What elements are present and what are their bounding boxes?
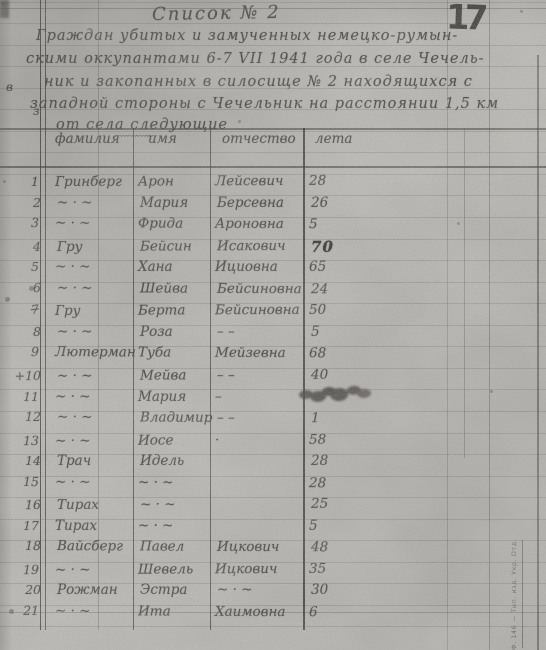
cell-surname: ~ · ~	[57, 368, 93, 384]
cell-name: Роза	[140, 324, 173, 340]
cell-surname: ~ · ~	[57, 280, 93, 296]
cell-age: 26	[311, 195, 328, 211]
ink-blot	[299, 389, 314, 399]
cell-surname: Гру	[55, 303, 80, 319]
table-row: 5 ~ · ~ Хана Ициовна 65	[0, 259, 545, 281]
cell-age: 58	[309, 431, 326, 447]
cell-age: 6	[309, 604, 318, 620]
cell-age: 5	[309, 518, 318, 534]
cell-surname: ~ · ~	[55, 389, 91, 405]
cell-patronymic: Ицкович	[215, 561, 277, 577]
cell-patronymic: – –	[217, 367, 235, 383]
cell-patronymic: ~ · ~	[217, 582, 253, 598]
row-number: 18	[9, 538, 41, 553]
cell-surname: Гру	[57, 238, 82, 254]
cell-name: Туба	[138, 345, 171, 361]
cell-patronymic: Лейсевич	[215, 173, 284, 189]
cell-age: 65	[309, 259, 326, 275]
row-number: 6	[9, 280, 41, 295]
row-number: 12	[9, 409, 41, 424]
cell-age: 48	[311, 540, 328, 556]
column-header-patronymic: отчество	[222, 131, 296, 147]
cell-surname: ~ · ~	[57, 324, 93, 340]
table-row: 9 Лютерман Туба Мейзевна 68	[0, 344, 545, 368]
cell-patronymic: Берсевна	[217, 195, 284, 211]
row-number: 19	[7, 562, 39, 577]
margin-correction-1: в	[6, 80, 13, 94]
cell-name: Мария	[138, 389, 186, 405]
edge-stamp-text: Ф. 146 — Тип. изд. Укр. Отд.	[510, 538, 518, 650]
cell-surname: ~ · ~	[57, 195, 93, 211]
table-row: 2 ~ · ~ Мария Берсевна 26	[1, 195, 546, 217]
cell-surname: Тирах	[57, 497, 99, 513]
cell-name: Шевель	[138, 561, 193, 577]
table-row: 1 Гринберг Арон Лейсевич 28	[0, 172, 545, 196]
cell-name: Хана	[138, 259, 173, 275]
row-number: +10	[9, 368, 41, 383]
table-row: 18 Вайсберг Павел Ицкович 48	[1, 538, 546, 562]
cell-name: Арон	[138, 173, 174, 189]
row-number: 21	[7, 603, 39, 618]
cell-patronymic: – –	[217, 410, 235, 426]
scan-speckles	[2, 2, 5, 5]
cell-name: Иосе	[138, 432, 174, 448]
row-number: 14	[9, 453, 41, 468]
row-number: 1	[7, 174, 39, 189]
preamble-line-4: западной стороны с Чечельник на расстоян…	[30, 96, 499, 112]
cell-age: 35	[309, 561, 326, 577]
cell-age: 70	[311, 237, 334, 255]
row-number: 5	[7, 259, 39, 274]
table-row: 21 ~ · ~ Ита Хаимовна 6	[0, 603, 545, 627]
row-number: 13	[7, 433, 39, 448]
cell-patronymic: ·	[215, 432, 219, 448]
cell-name: Берта	[138, 303, 185, 319]
cell-age: 30	[311, 582, 328, 598]
cell-surname: Вайсберг	[57, 538, 123, 554]
cell-surname: ~ · ~	[57, 409, 93, 425]
cell-age: 5	[311, 324, 320, 340]
cell-age: 25	[311, 496, 328, 512]
cell-age: 68	[309, 346, 326, 362]
cell-patronymic: Мейзевна	[215, 345, 286, 361]
cell-surname: Рожман	[57, 582, 118, 598]
cell-patronymic: Ицкович	[217, 539, 279, 555]
row-number: 11	[7, 389, 39, 404]
cell-patronymic: Ароновна	[215, 216, 284, 232]
row-number: 8	[9, 324, 41, 339]
cell-age: 50	[309, 302, 326, 318]
cell-name: Мария	[140, 195, 188, 211]
margin-correction-2: з	[33, 104, 40, 118]
cell-name: ~ · ~	[138, 474, 174, 490]
cell-age: 28	[309, 173, 326, 189]
table-row: 4 Гру Бейсин Исакович 70	[1, 236, 546, 260]
row-number: 4	[9, 239, 41, 254]
preamble-line-1: Граждан убитых и замученных немецко-румы…	[36, 28, 458, 44]
cell-surname: ~ · ~	[55, 215, 91, 231]
column-header-age: лета	[315, 131, 352, 147]
column-header-surname: фамилия	[55, 131, 120, 147]
table-row: 3 ~ · ~ Фрида Ароновна 5	[0, 215, 545, 239]
cell-name: Фрида	[138, 216, 183, 232]
table-row: 14 Трач Идель 28	[1, 453, 546, 475]
cell-name: ~ · ~	[138, 518, 174, 534]
cell-name: ~ · ~	[140, 497, 176, 513]
cell-patronymic: – –	[217, 324, 235, 340]
cell-patronymic: Бейсиновна	[217, 281, 302, 297]
scanned-ledger-page: 17 Список № 2 Граждан убитых и замученны…	[0, 0, 546, 650]
cell-surname: Тирах	[55, 518, 97, 534]
cell-name: Мейва	[140, 367, 186, 383]
row-number: 20	[9, 582, 41, 597]
table-row: 8 ~ · ~ Роза – – 5	[1, 324, 546, 346]
cell-name: Владимир	[140, 409, 212, 425]
cell-surname: Гринберг	[55, 174, 122, 190]
table-row: 19 ~ · ~ Шевель Ицкович 35	[0, 560, 545, 584]
cell-age: 28	[309, 475, 326, 491]
document-title: Список № 2	[152, 2, 281, 25]
cell-patronymic: Бейсиновна	[215, 302, 300, 318]
cell-surname: ~ · ~	[55, 259, 91, 275]
cell-patronymic: –	[215, 389, 222, 405]
row-number: 16	[9, 497, 41, 512]
cell-surname: ~ · ~	[55, 603, 91, 619]
cell-patronymic: Хаимовна	[215, 604, 286, 620]
cell-name: Шейва	[140, 280, 188, 296]
cell-name: Идель	[140, 453, 184, 469]
cell-age: 40	[311, 367, 328, 383]
row-number: 2	[9, 195, 41, 210]
cell-surname: Лютерман	[55, 344, 136, 360]
cell-surname: Трач	[57, 453, 91, 469]
cell-age: 24	[311, 281, 328, 297]
row-number: 3	[7, 215, 39, 230]
row-number: 17	[7, 518, 39, 533]
cell-name: Эстра	[140, 582, 187, 598]
table-row: 17 Тирах ~ · ~ 5	[0, 518, 545, 540]
cell-surname: ~ · ~	[55, 432, 91, 448]
row-number: 9	[7, 344, 39, 359]
table-row: +10 ~ · ~ Мейва – – 40	[1, 366, 546, 390]
preamble-line-2: скими оккупантами 6-7 VII 1941 года в се…	[26, 51, 485, 67]
table-row: 11 ~ · ~ Мария –	[0, 389, 545, 411]
cell-name: Ита	[138, 603, 171, 619]
cell-name: Павел	[140, 539, 184, 555]
cell-name: Бейсин	[140, 238, 192, 254]
cell-surname: ~ · ~	[55, 562, 91, 578]
table-row: 13 ~ · ~ Иосе · 58	[0, 430, 545, 454]
column-header-name: имя	[148, 131, 177, 147]
preamble-line-3: ник и закопанных в силосище № 2 находящи…	[44, 74, 473, 90]
cell-age: 28	[311, 453, 328, 469]
cell-surname: ~ · ~	[55, 474, 91, 490]
row-number: 15	[7, 474, 39, 489]
cell-patronymic: Ициовна	[215, 259, 278, 275]
table-row: 20 Рожман Эстра ~ · ~ 30	[1, 582, 546, 604]
row-number: 7	[6, 302, 39, 320]
table-row: 12 ~ · ~ Владимир – – 1	[1, 409, 546, 433]
cell-age: 5	[309, 216, 318, 232]
cell-age: 1	[311, 410, 320, 426]
table-row: 7 Гру Берта Бейсиновна 50	[0, 301, 545, 325]
cell-patronymic: Исакович	[217, 238, 286, 254]
table-row: 16 Тирах ~ · ~ 25	[1, 495, 546, 519]
